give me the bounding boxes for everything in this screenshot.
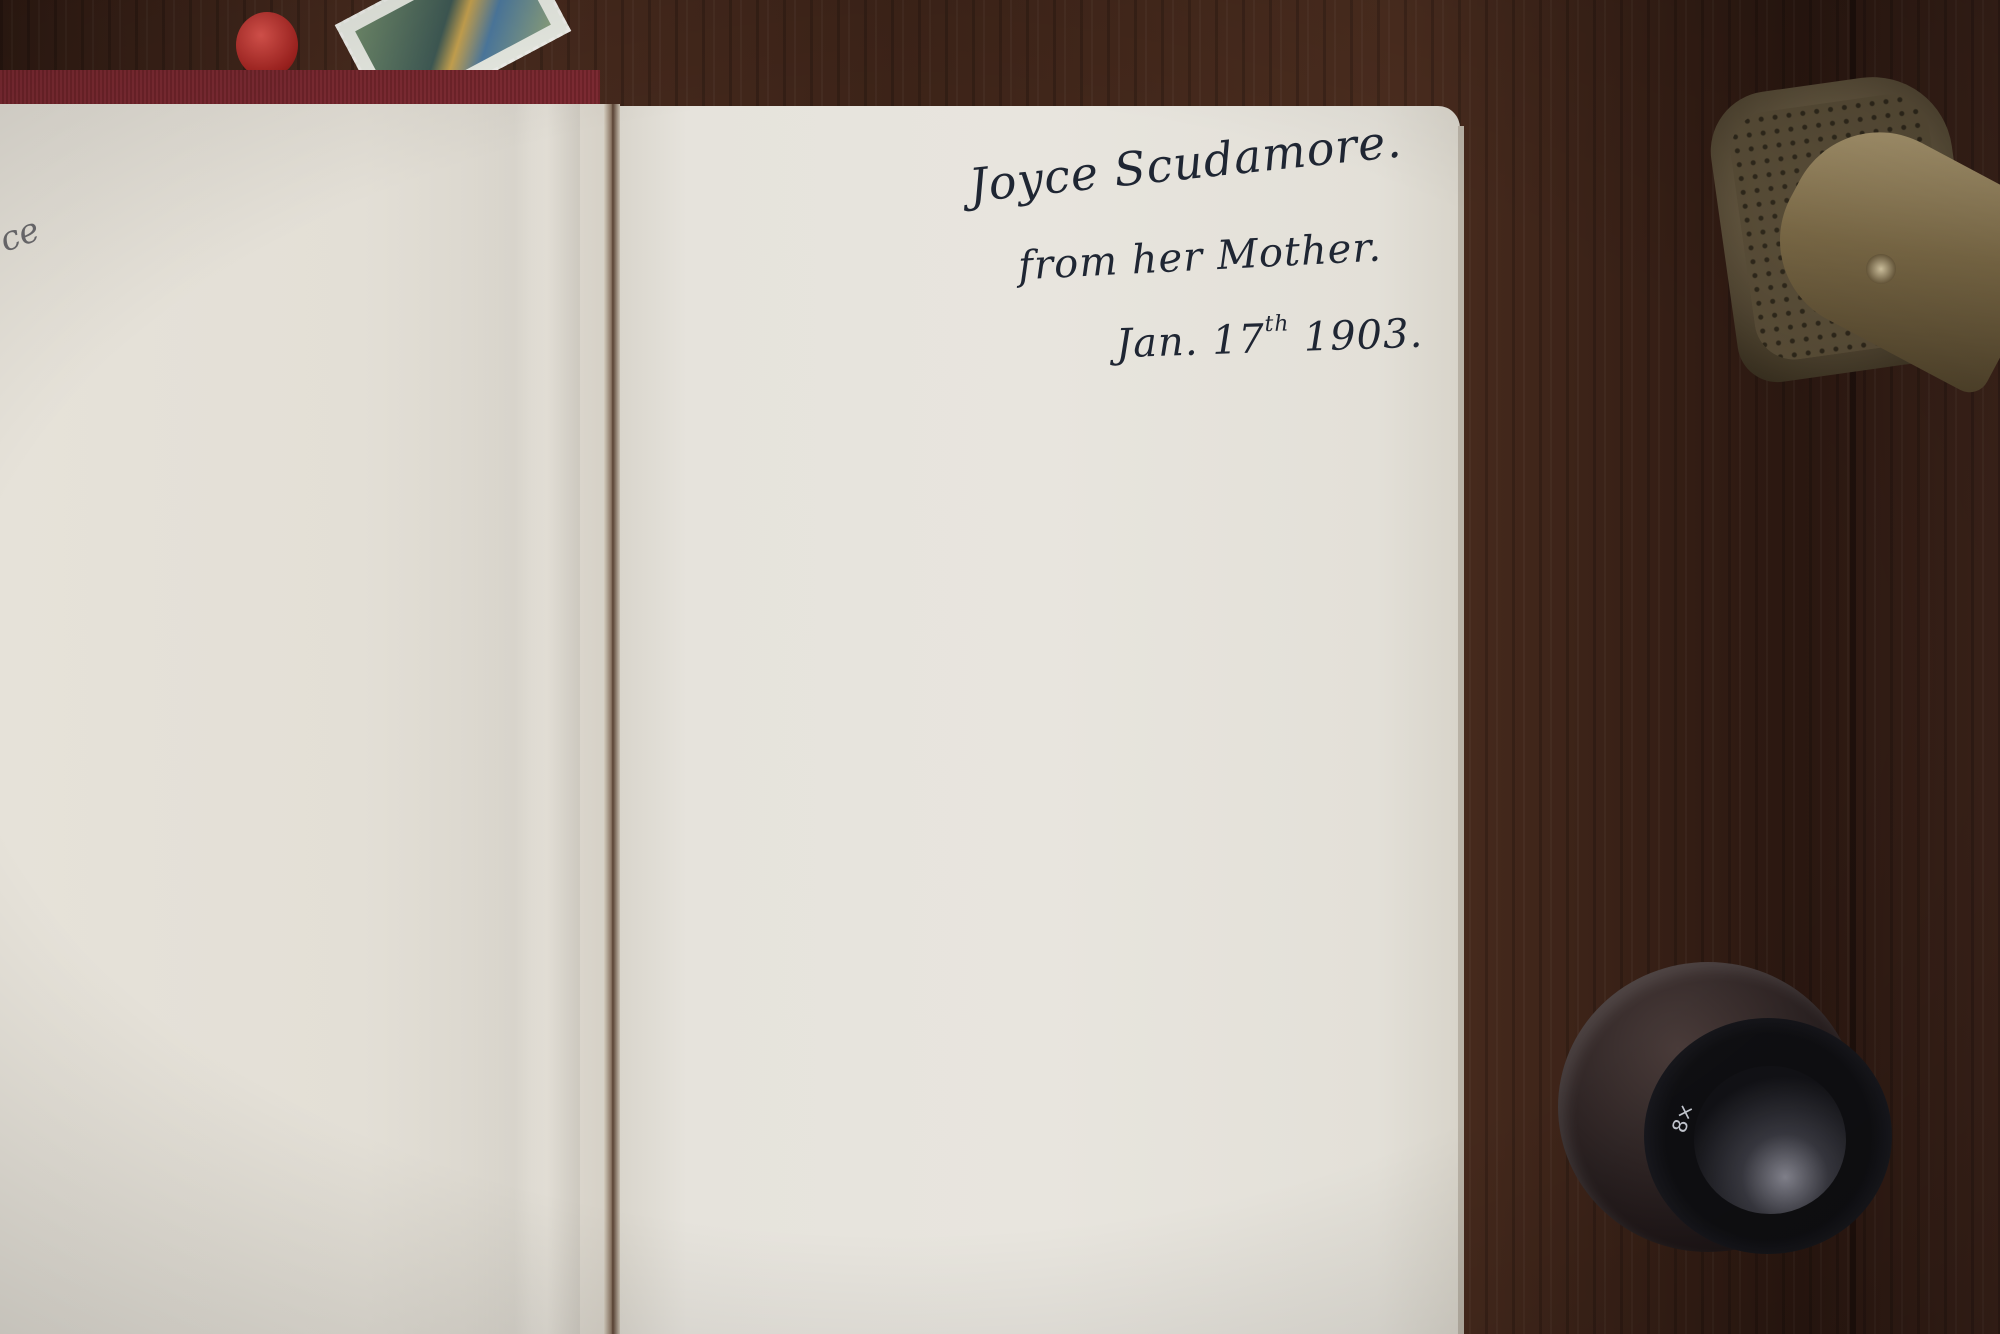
- date-year: 1903.: [1289, 311, 1424, 362]
- left-page: [0, 104, 604, 1334]
- page-fold: [470, 104, 580, 1334]
- date-ordinal: th: [1264, 311, 1290, 337]
- right-page: [620, 106, 1460, 1334]
- loupe-lens: [1694, 1066, 1846, 1214]
- date-main: Jan. 17: [1115, 316, 1265, 367]
- red-berry: [236, 12, 298, 78]
- hand-ring: [1866, 254, 1896, 284]
- book-cover-edge: [0, 70, 600, 106]
- page-edge: [1458, 126, 1464, 1334]
- book-gutter: [604, 104, 620, 1334]
